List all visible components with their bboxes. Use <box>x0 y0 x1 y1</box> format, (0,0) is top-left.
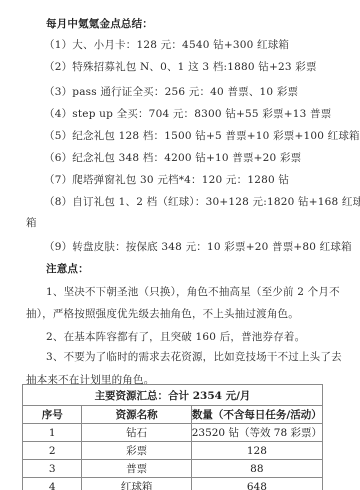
cell-index: 3 <box>23 460 82 478</box>
resource-summary-table: 主要资源汇总：合计 2354 元/月 序号 资源名称 数量（不含每日任务/活动）… <box>22 384 323 490</box>
list-item: （7）爬塔弹窗礼包 30 元档*4：120 元：1280 钻 <box>44 173 289 187</box>
list-item: （2）特殊招募礼包 N、0、1 这 3 档:1880 钻+23 彩票 <box>44 60 317 74</box>
cell-quantity: 648 <box>191 478 322 490</box>
table-row: 3 普票 88 <box>23 460 323 478</box>
notes-heading: 注意点： <box>46 262 89 276</box>
cell-quantity: 88 <box>191 460 322 478</box>
column-header-quantity: 数量（不含每日任务/活动） <box>191 406 322 424</box>
cell-quantity: 128 <box>191 442 322 460</box>
cell-resource: 钻石 <box>82 424 191 442</box>
note-item: 1、坚决不下朝圣池（只换），角色不抽高星（至少前 2 个月不 <box>46 285 340 299</box>
cell-quantity: 23520 钻（等效 78 彩票） <box>191 424 322 442</box>
cell-index: 4 <box>23 478 82 490</box>
column-header-resource: 资源名称 <box>82 406 191 424</box>
table-row: 4 红球箱 648 <box>23 478 323 490</box>
cell-index: 2 <box>23 442 82 460</box>
note-item-continuation: 抽），严格按照强度优先级去抽角色，不上头抽过渡角色。 <box>26 307 299 321</box>
table-row: 1 钻石 23520 钻（等效 78 彩票） <box>23 424 323 442</box>
list-item: （4）step up 全买：704 元：8300 钻+55 彩票+13 普票 <box>44 107 331 121</box>
cell-resource: 普票 <box>82 460 191 478</box>
list-item-continuation: 箱 <box>26 216 37 230</box>
list-item: （5）纪念礼包 128 档：1500 钻+5 普票+10 彩票+100 红球箱 <box>44 129 360 143</box>
list-item: （3）pass 通行证全买：256 元：40 普票、10 彩票 <box>44 85 298 99</box>
list-item: （6）纪念礼包 348 档：4200 钻+10 普票+20 彩票 <box>44 151 301 165</box>
note-item: 2、在基本阵容都有了，且突破 160 后，普池券存着。 <box>46 330 305 344</box>
section-heading: 每月中氪氪金点总结： <box>46 17 153 31</box>
list-item: （1）大、小月卡：128 元：4540 钻+300 红球箱 <box>44 38 289 52</box>
column-header-index: 序号 <box>23 406 82 424</box>
list-item: （8）自订礼包 1、2 档（红球）：30+128 元:1820 钻+168 红球 <box>44 195 360 209</box>
table-row: 2 彩票 128 <box>23 442 323 460</box>
table-title: 主要资源汇总：合计 2354 元/月 <box>23 385 323 406</box>
note-item: 3、不要为了临时的需求去花资源，比如竞技场干不过上头了去 <box>46 350 342 364</box>
list-item: （9）转盘皮肤：按保底 348 元：10 彩票+20 普票+80 红球箱 <box>44 240 352 254</box>
table-header-row: 序号 资源名称 数量（不含每日任务/活动） <box>23 406 323 424</box>
cell-index: 1 <box>23 424 82 442</box>
cell-resource: 彩票 <box>82 442 191 460</box>
cell-resource: 红球箱 <box>82 478 191 490</box>
